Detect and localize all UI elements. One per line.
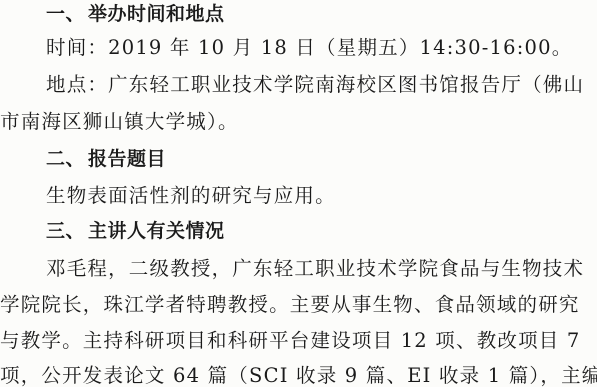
section-heading-1: 一、举办时间和地点 bbox=[46, 0, 225, 28]
section-heading-2: 二、报告题目 bbox=[46, 145, 166, 173]
location-line: 地点：广东轻工职业技术学院南海校区图书馆报告厅（佛山 bbox=[46, 71, 584, 99]
section-title: 举办时间和地点 bbox=[88, 3, 225, 25]
speaker-bio-line: 与教学。主持科研项目和科研平台建设项目 12 项、教改项目 7 bbox=[0, 327, 581, 355]
location-line-cont: 市南海区狮山镇大学城）。 bbox=[0, 108, 239, 136]
time-line: 时间：2019 年 10 月 18 日（星期五）14:30-16:00。 bbox=[46, 34, 572, 62]
section-title: 报告题目 bbox=[88, 148, 166, 170]
speaker-bio-line: 邓毛程，二级教授，广东轻工职业技术学院食品与生物技术 bbox=[46, 255, 584, 283]
section-heading-3: 三、主讲人有关情况 bbox=[46, 217, 225, 245]
section-number: 二、 bbox=[46, 145, 88, 173]
speaker-bio-line: 学院院长，珠江学者特聘教授。主要从事生物、食品领域的研究 bbox=[0, 291, 580, 319]
section-title: 主讲人有关情况 bbox=[88, 220, 225, 242]
report-title-line: 生物表面活性剂的研究与应用。 bbox=[46, 182, 336, 210]
section-number: 三、 bbox=[46, 217, 88, 245]
section-number: 一、 bbox=[46, 0, 88, 28]
speaker-bio-line: 项，公开发表论文 64 篇（SCI 收录 9 篇、EI 收录 1 篇），主编 bbox=[0, 362, 597, 387]
